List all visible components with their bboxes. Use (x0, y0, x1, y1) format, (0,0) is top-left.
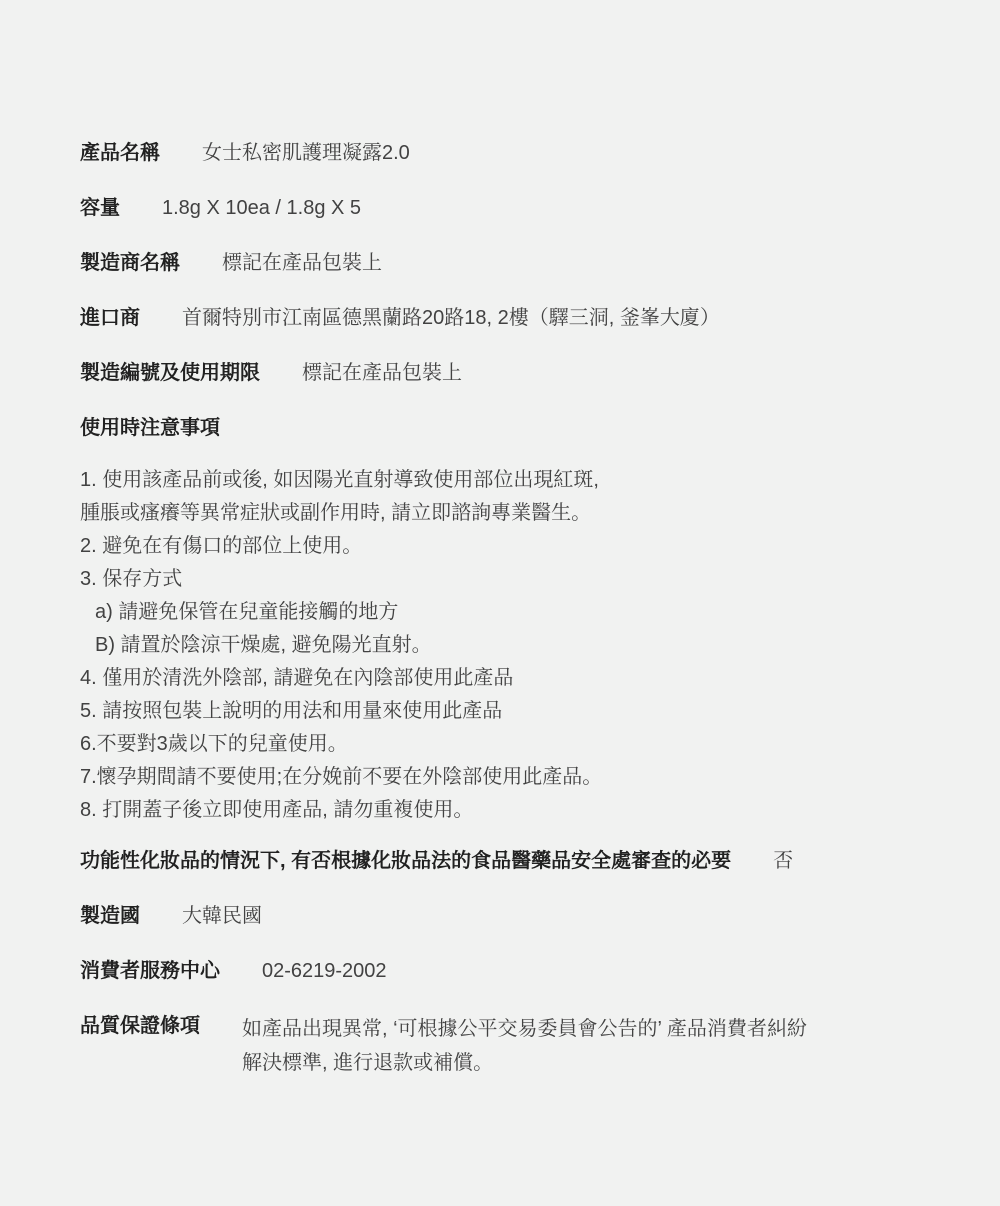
field-label: 製造國 (80, 902, 140, 930)
field-label: 製造編號及使用期限 (80, 359, 260, 387)
precaution-item: 4. 僅用於清洗外陰部, 請避免在內陰部使用此產品 (80, 662, 920, 695)
field-value: 否 (773, 847, 793, 875)
info-row-functional-review: 功能性化妝品的情況下, 有否根據化妝品法的食品醫藥品安全處審查的必要 否 (80, 847, 920, 875)
precaution-subitem: B) 請置於陰涼干燥處, 避免陽光直射。 (80, 629, 920, 662)
field-value: 標記在產品包裝上 (302, 359, 462, 387)
info-row-capacity: 容量 1.8g X 10ea / 1.8g X 5 (80, 194, 920, 222)
info-row-manufacturer: 製造商名稱 標記在產品包裝上 (80, 249, 920, 277)
precautions-heading: 使用時注意事項 (80, 414, 920, 442)
info-row-country: 製造國 大韓民國 (80, 902, 920, 930)
precautions-list: 1. 使用該產品前或後, 如因陽光直射導致使用部位出現紅斑, 腫脹或瘙癢等異常症… (80, 464, 920, 827)
info-row-service-center: 消費者服務中心 02-6219-2002 (80, 957, 920, 985)
field-value: 02-6219-2002 (262, 957, 387, 985)
info-row-batch-expiry: 製造編號及使用期限 標記在產品包裝上 (80, 359, 920, 387)
field-value: 女士私密肌護理凝露2.0 (202, 139, 410, 167)
info-row-importer: 進口商 首爾特別市江南區德黑蘭路20路18, 2樓（驛三洞, 釜峯大廈） (80, 304, 920, 332)
precaution-item: 5. 請按照包裝上說明的用法和用量來使用此產品 (80, 695, 920, 728)
field-value: 如產品出現異常, ‘可根據公平交易委員會公告的’ 產品消費者糾紛 解決標準, 進… (242, 1012, 807, 1080)
precaution-item: 2. 避免在有傷口的部位上使用。 (80, 530, 920, 563)
field-label: 產品名稱 (80, 139, 160, 167)
field-label: 容量 (80, 194, 120, 222)
field-label: 消費者服務中心 (80, 957, 220, 985)
field-label: 進口商 (80, 304, 140, 332)
precaution-item: 7.懷孕期間請不要使用;在分娩前不要在外陰部使用此產品。 (80, 761, 920, 794)
product-info-page: 產品名稱 女士私密肌護理凝露2.0 容量 1.8g X 10ea / 1.8g … (0, 0, 1000, 1206)
info-row-product-name: 產品名稱 女士私密肌護理凝露2.0 (80, 139, 920, 167)
precaution-item: 1. 使用該產品前或後, 如因陽光直射導致使用部位出現紅斑, 腫脹或瘙癢等異常症… (80, 464, 920, 530)
info-row-quality-guarantee: 品質保證條項 如產品出現異常, ‘可根據公平交易委員會公告的’ 產品消費者糾紛 … (80, 1012, 920, 1080)
precaution-item: 3. 保存方式 (80, 563, 920, 596)
precaution-item: 6.不要對3歲以下的兒童使用。 (80, 728, 920, 761)
field-label: 品質保證條項 (80, 1012, 200, 1040)
field-value: 標記在產品包裝上 (222, 249, 382, 277)
field-value: 大韓民國 (182, 902, 262, 930)
precaution-item: 8. 打開蓋子後立即使用產品, 請勿重複使用。 (80, 794, 920, 827)
field-label: 功能性化妝品的情況下, 有否根據化妝品法的食品醫藥品安全處審查的必要 (80, 847, 731, 875)
field-label: 製造商名稱 (80, 249, 180, 277)
precaution-subitem: a) 請避免保管在兒童能接觸的地方 (80, 596, 920, 629)
field-value: 首爾特別市江南區德黑蘭路20路18, 2樓（驛三洞, 釜峯大廈） (182, 304, 720, 332)
field-value: 1.8g X 10ea / 1.8g X 5 (162, 194, 361, 222)
